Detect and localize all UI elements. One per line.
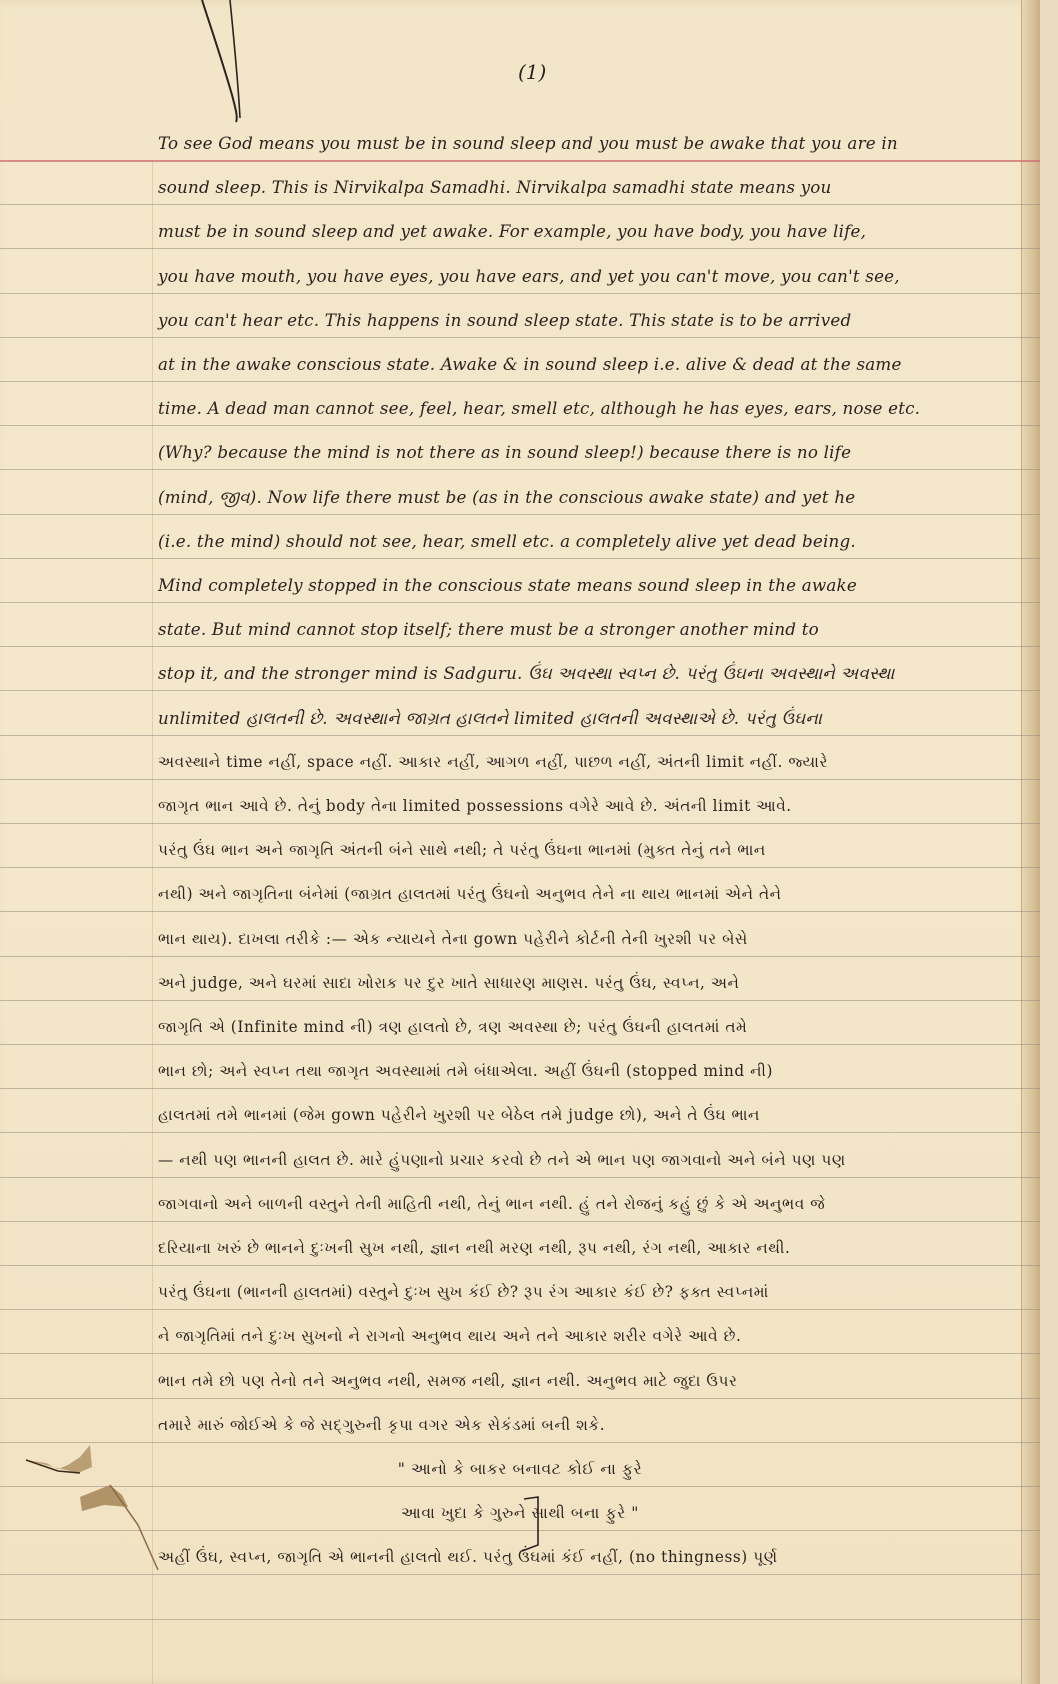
ruled-line — [0, 1177, 1040, 1178]
ruled-line — [0, 646, 1040, 647]
manuscript-line: (i.e. the mind) should not see, hear, sm… — [158, 532, 1003, 552]
torn-paper-mark — [18, 1445, 168, 1575]
manuscript-line: ને જાગૃતિમાં તને દુઃખ સુખનો ને રાગનો અનુ… — [158, 1327, 1003, 1346]
ruled-line — [0, 1221, 1040, 1222]
manuscript-line: time. A dead man cannot see, feel, hear,… — [158, 399, 1003, 419]
ruled-line — [0, 779, 1040, 780]
ruled-line — [0, 867, 1040, 868]
manuscript-line: must be in sound sleep and yet awake. Fo… — [158, 222, 1003, 242]
ruled-line — [0, 1044, 1040, 1045]
ruled-line — [0, 204, 1040, 205]
ruled-line — [0, 514, 1040, 515]
manuscript-line: at in the awake conscious state. Awake &… — [158, 355, 1003, 375]
manuscript-line: sound sleep. This is Nirvikalpa Samadhi.… — [158, 178, 1003, 198]
manuscript-line: — નથી પણ ભાનની હાલત છે. મારે હુંપણાનો પ્… — [158, 1151, 1003, 1170]
manuscript-line: જાગૃત ભાન આવે છે. તેનું body તેના limite… — [158, 797, 1003, 816]
manuscript-line: તમારે મારું જોઈએ કે જે સદ્ગુરુની કૃપા વગ… — [158, 1416, 1003, 1435]
manuscript-line: દરિયાના ખરું છે ભાનને દુઃખની સુખ નથી, જ્… — [158, 1239, 1003, 1258]
ruled-line — [0, 337, 1040, 338]
manuscript-line: stop it, and the stronger mind is Sadgur… — [158, 664, 1003, 684]
manuscript-line: ભાન થાય). દાખલા તરીકે :— એક ન્યાયને તેના… — [158, 930, 1003, 949]
manuscript-line: પરંતુ ઉંઘ ભાન અને જાગૃતિ અંતની બંને સાથે… — [158, 841, 1003, 860]
ruled-line — [0, 911, 1040, 912]
manuscript-line: અને judge, અને ઘરમાં સાદા ખોરાક પર દુર ખ… — [158, 974, 1003, 993]
ruled-line — [0, 735, 1040, 736]
ruled-line — [0, 602, 1040, 603]
ruled-line — [0, 248, 1040, 249]
closing-bracket-mark — [520, 1495, 550, 1555]
manuscript-line: unlimited હાલતની છે. અવસ્થાને જાગ્રત હાલ… — [158, 709, 1003, 729]
ruled-line — [0, 956, 1040, 957]
ruled-line — [0, 1309, 1040, 1310]
manuscript-page: (1) To see God means you must be in soun… — [0, 0, 1040, 1684]
manuscript-line: જાગૃતિ એ (Infinite mind ની) ત્રણ હાલતો છ… — [158, 1018, 1003, 1037]
manuscript-line: જાગવાનો અને બાળની વસ્તુને તેની માહિતી નથ… — [158, 1195, 1003, 1214]
manuscript-line: you can't hear etc. This happens in soun… — [158, 311, 1003, 331]
ruled-line — [0, 293, 1040, 294]
manuscript-line: હાલતમાં તમે ભાનમાં (જેમ gown પહેરીને ખુર… — [158, 1106, 1003, 1125]
ruled-line — [0, 1132, 1040, 1133]
ruled-line — [0, 1619, 1040, 1620]
manuscript-line: નથી) અને જાગૃતિના બંનેમાં (જાગ્રત હાલતમા… — [158, 885, 1003, 904]
pen-stroke-mark — [190, 0, 270, 130]
manuscript-line: ભાન તમે છો પણ તેનો તને અનુભવ નથી, સમજ નથ… — [158, 1372, 1003, 1391]
manuscript-line: અવસ્થાને time નહીં, space નહીં. આકાર નહી… — [158, 753, 1003, 772]
manuscript-line: you have mouth, you have eyes, you have … — [158, 267, 1003, 287]
manuscript-line: (Why? because the mind is not there as i… — [158, 443, 1003, 463]
ruled-line — [0, 1442, 1040, 1443]
ruled-line — [0, 1265, 1040, 1266]
ruled-line — [0, 381, 1040, 382]
manuscript-line: To see God means you must be in sound sl… — [158, 134, 1003, 154]
ruled-line — [0, 690, 1040, 691]
header-rule-red — [0, 160, 1040, 162]
ruled-line — [0, 558, 1040, 559]
ruled-line — [0, 1088, 1040, 1089]
ruled-line — [0, 1000, 1040, 1001]
manuscript-line: ભાન છો; અને સ્વપ્ન તથા જાગૃત અવસ્થામાં ત… — [158, 1062, 1003, 1081]
ruled-line — [0, 1398, 1040, 1399]
manuscript-line: પરંતુ ઉંઘના (ભાનની હાલતમાં) વસ્તુને દુઃખ… — [158, 1283, 1003, 1302]
ruled-line — [0, 425, 1040, 426]
page-binding-edge — [1021, 0, 1040, 1684]
manuscript-line: (mind, જીવ). Now life there must be (as … — [158, 488, 1003, 508]
manuscript-last-line: અહીં ઉંઘ, સ્વપ્ન, જાગૃતિ એ ભાનની હાલતો થ… — [158, 1548, 1003, 1567]
ruled-line — [0, 823, 1040, 824]
manuscript-line: Mind completely stopped in the conscious… — [158, 576, 1003, 596]
ruled-line — [0, 469, 1040, 470]
ruled-line — [0, 1353, 1040, 1354]
page-number: (1) — [518, 60, 546, 84]
manuscript-line: state. But mind cannot stop itself; ther… — [158, 620, 1003, 640]
